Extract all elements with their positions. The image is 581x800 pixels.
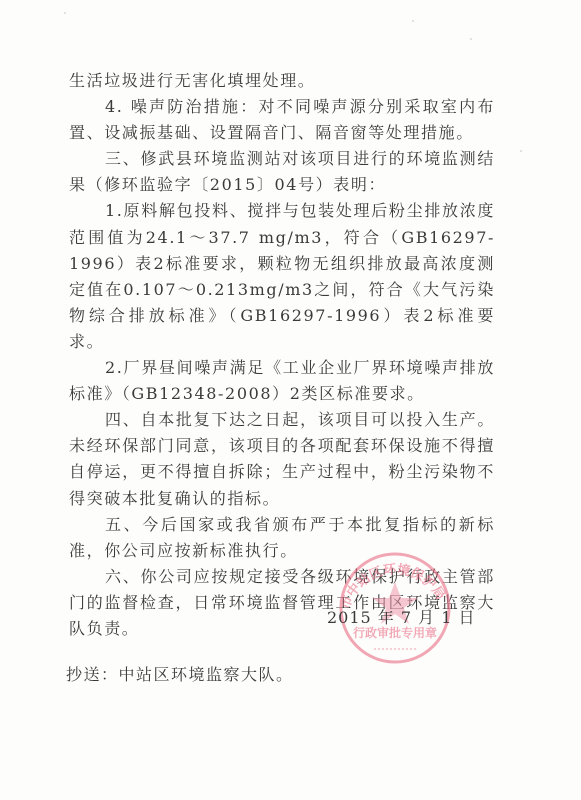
paragraph-production-approval: 四、自本批复下达之日起，该项目可以投入生产。未经环保部门同意，该项目的各项配套环… (69, 407, 495, 511)
paragraph-solid-waste-end: 生活垃圾进行无害化填埋处理。 (69, 68, 495, 94)
scan-speck (470, 38, 472, 40)
paragraph-dust-emission: 1.原料解包投料、搅拌与包装处理后粉尘排放浓度范围值为24.1～37.7 mg/… (69, 198, 495, 355)
issue-date: 2015 年 7 月 1 日 (327, 605, 476, 628)
cc-recipients: 抄送：中站区环境监察大队。 (66, 662, 294, 685)
scan-speck (412, 20, 414, 22)
scan-speck (520, 150, 522, 152)
paragraph-monitoring-results: 三、修武县环境监测站对该项目进行的环境监测结果（修环监验字〔2015〕04号）表… (69, 146, 495, 198)
document-page: 生活垃圾进行无害化填埋处理。 4. 噪声防治措施：对不同噪声源分别采取室内布置、… (0, 0, 581, 800)
scan-speck (64, 12, 66, 14)
paragraph-noise-measures: 4. 噪声防治措施：对不同噪声源分别采取室内布置、设减振基础、设置隔音门、隔音窗… (69, 94, 495, 146)
paragraph-boundary-noise: 2.厂界昼间噪声满足《工业企业厂界环境噪声排放标准》（GB12348-2008）… (69, 355, 495, 407)
